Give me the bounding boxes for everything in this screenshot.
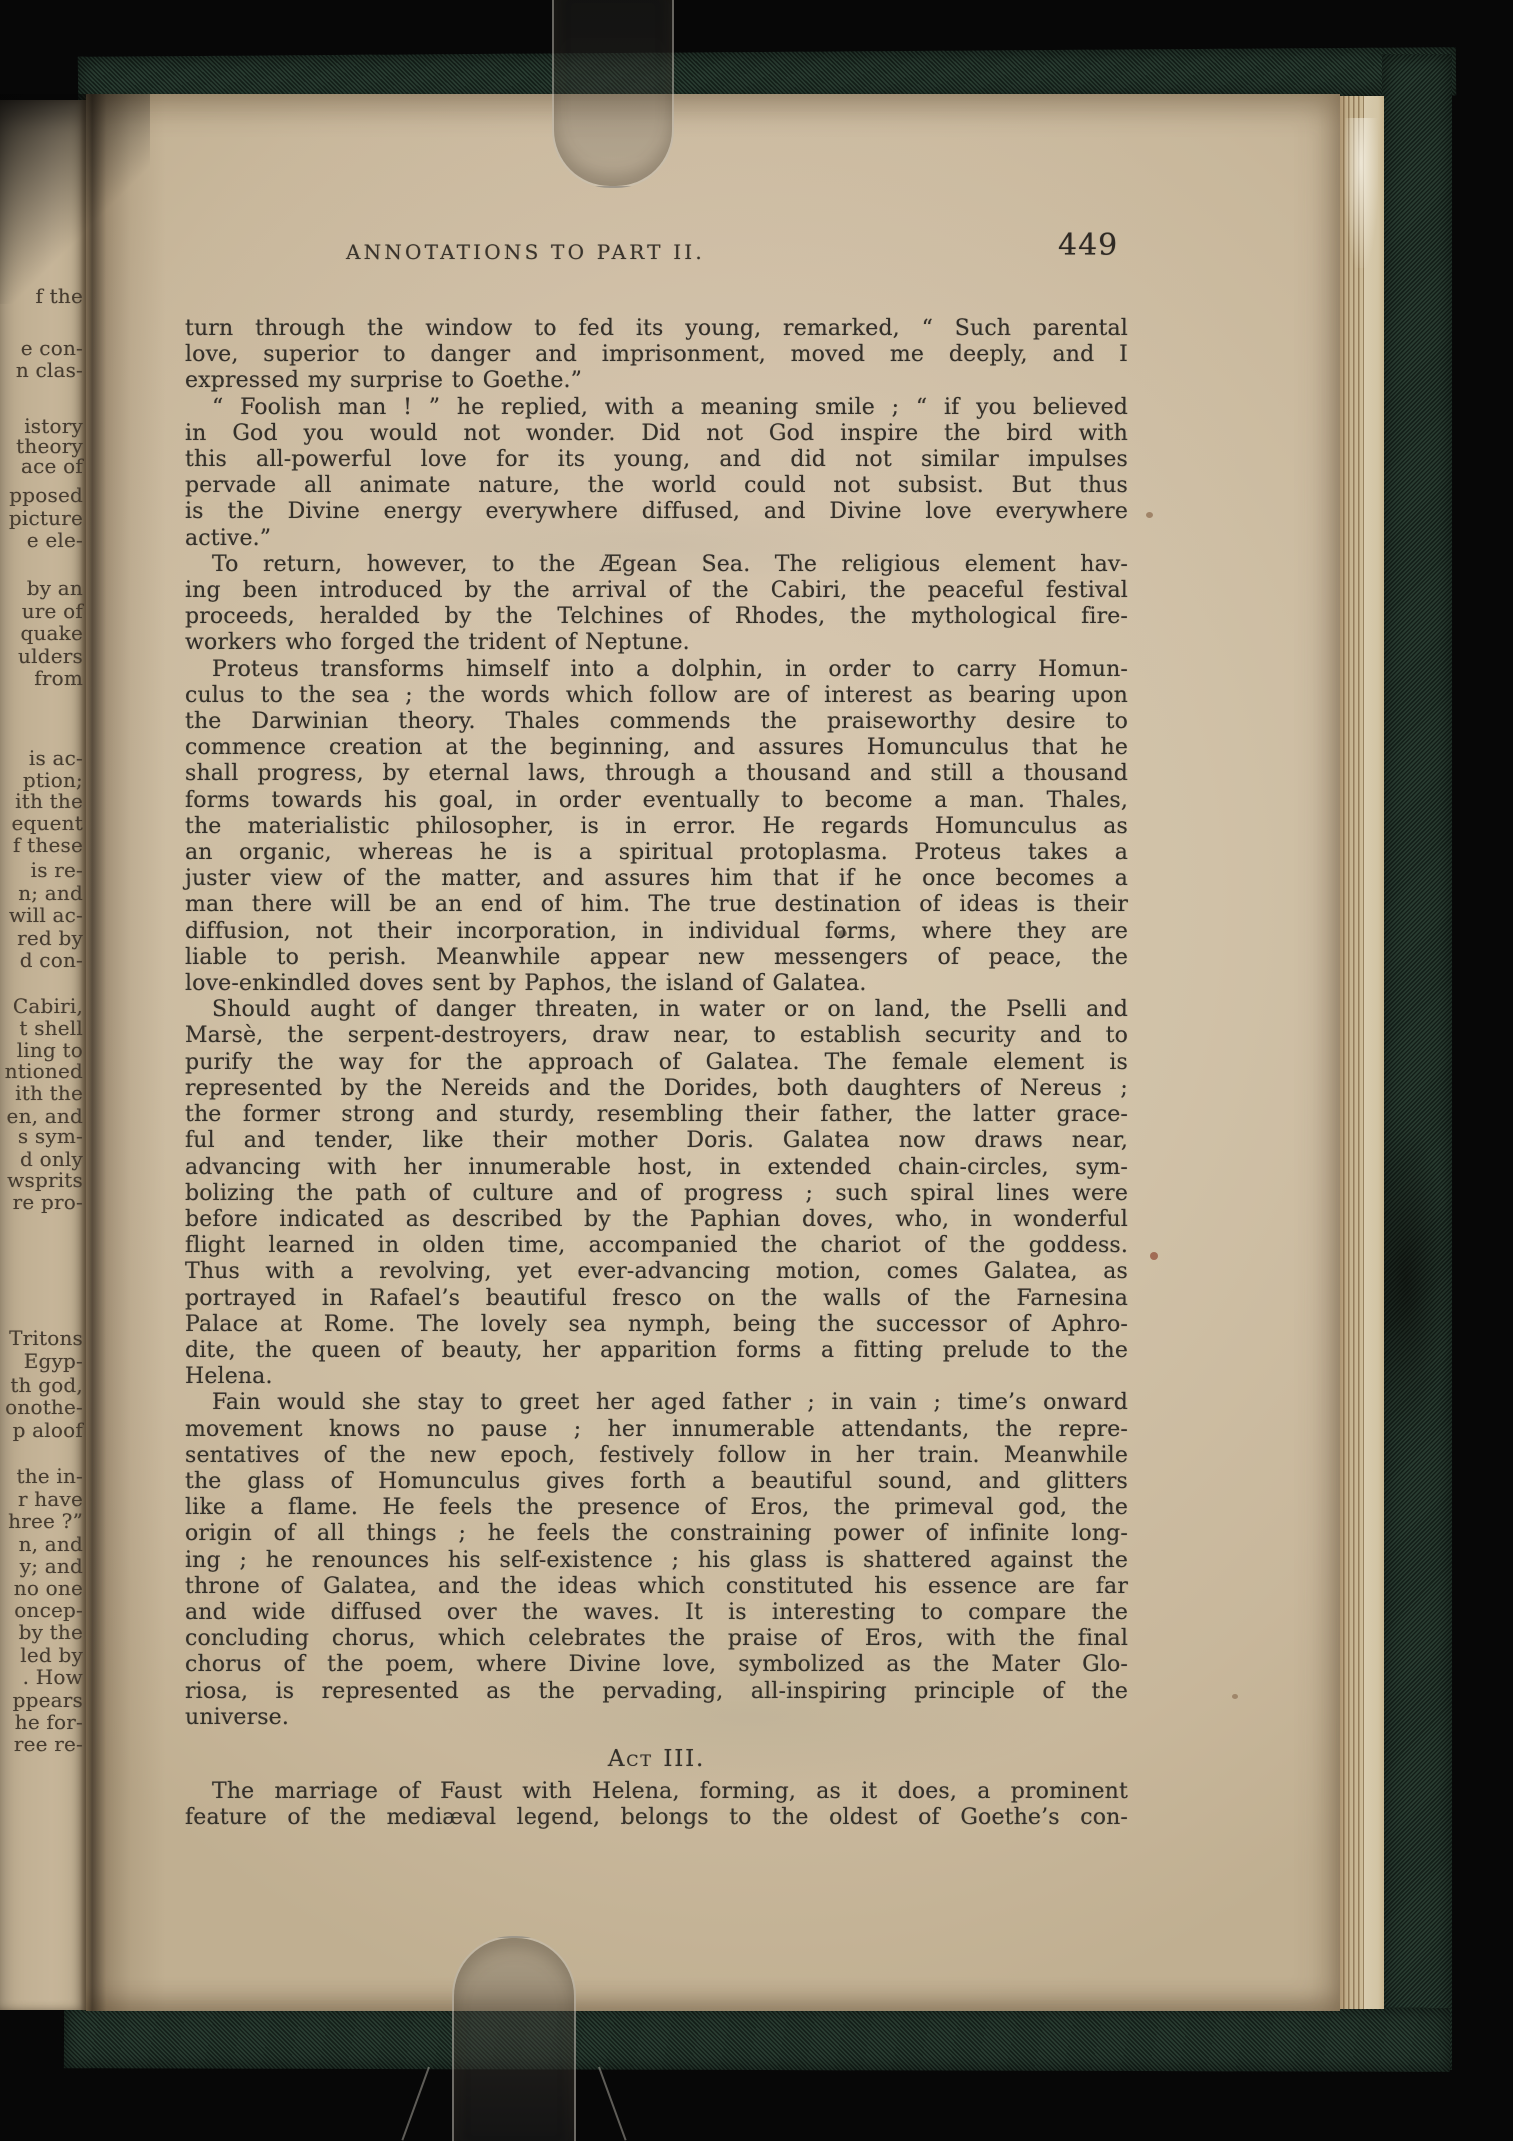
text-line: universe. <box>185 1705 1128 1731</box>
book-photo: f thee con-n clas-istorytheoryace ofppos… <box>0 0 1513 2141</box>
text-line: is the Divine energy everywhere diffused… <box>185 499 1128 525</box>
text-line: the materialistic philosopher, is in err… <box>185 814 1128 840</box>
page-holder-clip-bottom <box>452 1936 576 2141</box>
text-line: chorus of the poem, where Divine love, s… <box>185 1652 1128 1678</box>
left-page-fragment: y; and <box>20 1554 83 1578</box>
left-page-fragment: he for- <box>15 1710 83 1734</box>
page-stack-edges <box>1338 96 1364 2009</box>
text-line: the former strong and sturdy, resembling… <box>185 1102 1128 1128</box>
left-page-fragment: re pro- <box>13 1190 83 1214</box>
left-page-fragment: ace of <box>21 454 83 478</box>
left-page-fragment: r have <box>18 1487 83 1511</box>
text-line: The marriage of Faust with Helena, formi… <box>185 1779 1128 1805</box>
left-page-fragment: equent <box>12 811 83 835</box>
left-page-fragment: oncep- <box>14 1598 83 1622</box>
left-page-fragment: n; and <box>18 881 83 905</box>
cover-stain <box>1376 1120 1450 1440</box>
left-page-fragment: pposed <box>9 483 83 507</box>
text-line: represented by the Nereids and the Dorid… <box>185 1076 1128 1102</box>
left-page-fragment: f these <box>13 833 83 857</box>
text-line: throne of Galatea, and the ideas which c… <box>185 1574 1128 1600</box>
text-line: Palace at Rome. The lovely sea nymph, be… <box>185 1312 1128 1338</box>
text-line: movement knows no pause ; her innumerabl… <box>185 1417 1128 1443</box>
text-line: liable to perish. Meanwhile appear new m… <box>185 945 1128 971</box>
text-line: Thus with a revolving, yet ever-advancin… <box>185 1259 1128 1285</box>
left-page-fragment: Egyp- <box>24 1349 83 1373</box>
text-line: dite, the queen of beauty, her apparitio… <box>185 1338 1128 1364</box>
left-page-fragment: from <box>34 666 83 690</box>
text-line: culus to the sea ; the words which follo… <box>185 683 1128 709</box>
text-line: pervade all animate nature, the world co… <box>185 473 1128 499</box>
left-page-fragment: ntioned <box>5 1059 83 1083</box>
left-page-fragment: s sym- <box>18 1124 83 1148</box>
text-line: shall progress, by eternal laws, through… <box>185 761 1128 787</box>
text-line: the Darwinian theory. Thales commends th… <box>185 709 1128 735</box>
left-page-fragment: n clas- <box>16 358 83 382</box>
left-page-fragment: no one <box>14 1576 83 1600</box>
text-line: feature of the mediæval legend, belongs … <box>185 1805 1128 1831</box>
book-cover-bottom-edge <box>64 2004 1450 2072</box>
corner-shadow <box>0 94 150 304</box>
paper-speck <box>1232 1694 1238 1699</box>
text-line: sentatives of the new epoch, festively f… <box>185 1443 1128 1469</box>
text-line: in God you would not wonder. Did not God… <box>185 421 1128 447</box>
left-page-fragment: red by <box>17 926 83 950</box>
text-line: Marsè, the serpent-destroyers, draw near… <box>185 1023 1128 1049</box>
gutter-shadow <box>80 94 190 2011</box>
paper-speck <box>1150 1252 1158 1260</box>
text-line: purify the way for the approach of Galat… <box>185 1050 1128 1076</box>
left-page-fragments: f thee con-n clas-istorytheoryace ofppos… <box>0 100 86 2010</box>
left-page-fragment: by the <box>19 1620 83 1644</box>
left-page-fragment: ulders <box>18 644 83 668</box>
left-page-fragment: . How <box>23 1665 83 1689</box>
text-line: advancing with her innumerable host, in … <box>185 1155 1128 1181</box>
left-page-fragment: th god, <box>10 1373 83 1397</box>
left-page-fragment: the in- <box>16 1464 83 1488</box>
left-page-fragment: by an <box>27 576 83 600</box>
page-holder-clip-top <box>552 0 674 188</box>
text-line: “ Foolish man ! ” he replied, with a mea… <box>185 395 1128 421</box>
left-page-fragment: quake <box>20 621 83 645</box>
text-line: and wide diffused over the waves. It is … <box>185 1600 1128 1626</box>
text-line: commence creation at the beginning, and … <box>185 735 1128 761</box>
text-line: an organic, whereas he is a spiritual pr… <box>185 840 1128 866</box>
text-line: Fain would she stay to greet her aged fa… <box>185 1390 1128 1416</box>
text-line: bolizing the path of culture and of prog… <box>185 1181 1128 1207</box>
text-line: diffusion, not their incorporation, in i… <box>185 919 1128 945</box>
text-line: portrayed in Rafael’s beautiful fresco o… <box>185 1286 1128 1312</box>
book-cover-right-edge <box>1382 54 1452 2070</box>
left-page-fragment: led by <box>20 1643 83 1667</box>
text-line: origin of all things ; he feels the cons… <box>185 1521 1128 1547</box>
page-number: 449 <box>1058 228 1118 263</box>
text-line: Helena. <box>185 1364 1128 1390</box>
left-page-fragment: t shell <box>19 1016 83 1040</box>
text-line: proceeds, heralded by the Telchines of R… <box>185 604 1128 630</box>
left-page-fragment: ree re- <box>14 1732 83 1756</box>
text-line: flight learned in olden time, accompanie… <box>185 1233 1128 1259</box>
left-page-fragment: d con- <box>20 948 83 972</box>
text-line: ing been introduced by the arrival of th… <box>185 578 1128 604</box>
text-line: forms towards his goal, in order eventua… <box>185 788 1128 814</box>
running-head: ANNOTATIONS TO PART II. <box>346 240 705 264</box>
paragraph: The marriage of Faust with Helena, formi… <box>185 1779 1128 1831</box>
page-stack-edge-light <box>1364 96 1384 2009</box>
paper-speck <box>1146 512 1153 518</box>
text-line: Proteus transforms himself into a dolphi… <box>185 657 1128 683</box>
left-page-fragment: n, and <box>19 1532 83 1556</box>
left-page-fragment: is re- <box>31 858 83 882</box>
text-body: turn through the window to fed its young… <box>185 316 1128 1832</box>
text-line: juster view of the matter, and assures h… <box>185 866 1128 892</box>
left-page-fragment: will ac- <box>9 903 83 927</box>
text-line: turn through the window to fed its young… <box>185 316 1128 342</box>
text-line: concluding chorus, which celebrates the … <box>185 1626 1128 1652</box>
left-page-fragment: onothe- <box>5 1395 83 1419</box>
page-edge-glint <box>1344 118 1378 268</box>
left-page-fragment: e ele- <box>27 528 83 552</box>
paragraph: To return, however, to the Ægean Sea. Th… <box>185 552 1128 657</box>
text-line: this all-powerful love for its young, an… <box>185 447 1128 473</box>
left-page-fragment: ith the <box>15 1081 83 1105</box>
left-page-fragment: e con- <box>21 336 83 360</box>
left-page-fragment: wsprits <box>7 1168 83 1192</box>
act-heading: Act III. <box>185 1746 1128 1772</box>
left-page-fragment: Tritons <box>9 1326 83 1350</box>
text-line: workers who forged the trident of Neptun… <box>185 630 1128 656</box>
text-line: love, superior to danger and imprisonmen… <box>185 342 1128 368</box>
paragraph: turn through the window to fed its young… <box>185 316 1128 395</box>
left-page-fragment: Cabiri, <box>13 994 83 1018</box>
paragraph: Should aught of danger threaten, in wate… <box>185 997 1128 1390</box>
text-line: before indicated as described by the Pap… <box>185 1207 1128 1233</box>
text-line: ing ; he renounces his self-existence ; … <box>185 1548 1128 1574</box>
text-line: Should aught of danger threaten, in wate… <box>185 997 1128 1023</box>
left-page-fragment: ppears <box>13 1688 83 1712</box>
left-page-fragment: p aloof <box>13 1418 83 1442</box>
text-line: man there will be an end of him. The tru… <box>185 892 1128 918</box>
text-line: ful and tender, like their mother Doris.… <box>185 1128 1128 1154</box>
paragraph: Proteus transforms himself into a dolphi… <box>185 657 1128 998</box>
left-page-fragment: is ac- <box>29 746 83 770</box>
left-page-fragment: ith the <box>15 789 83 813</box>
text-line: like a flame. He feels the presence of E… <box>185 1495 1128 1521</box>
left-page-fragment: hree ?” <box>8 1509 83 1533</box>
left-page-fragment: picture <box>9 506 83 530</box>
text-line: To return, however, to the Ægean Sea. Th… <box>185 552 1128 578</box>
paragraph: Fain would she stay to greet her aged fa… <box>185 1390 1128 1731</box>
text-line: the glass of Homunculus gives forth a be… <box>185 1469 1128 1495</box>
text-line: expressed my surprise to Goethe.” <box>185 368 1128 394</box>
text-line: love-enkindled doves sent by Paphos, the… <box>185 971 1128 997</box>
paragraph: “ Foolish man ! ” he replied, with a mea… <box>185 395 1128 552</box>
text-line: riosa, is represented as the pervading, … <box>185 1679 1128 1705</box>
left-page-fragment: ure of <box>22 599 83 623</box>
text-line: active.” <box>185 526 1128 552</box>
